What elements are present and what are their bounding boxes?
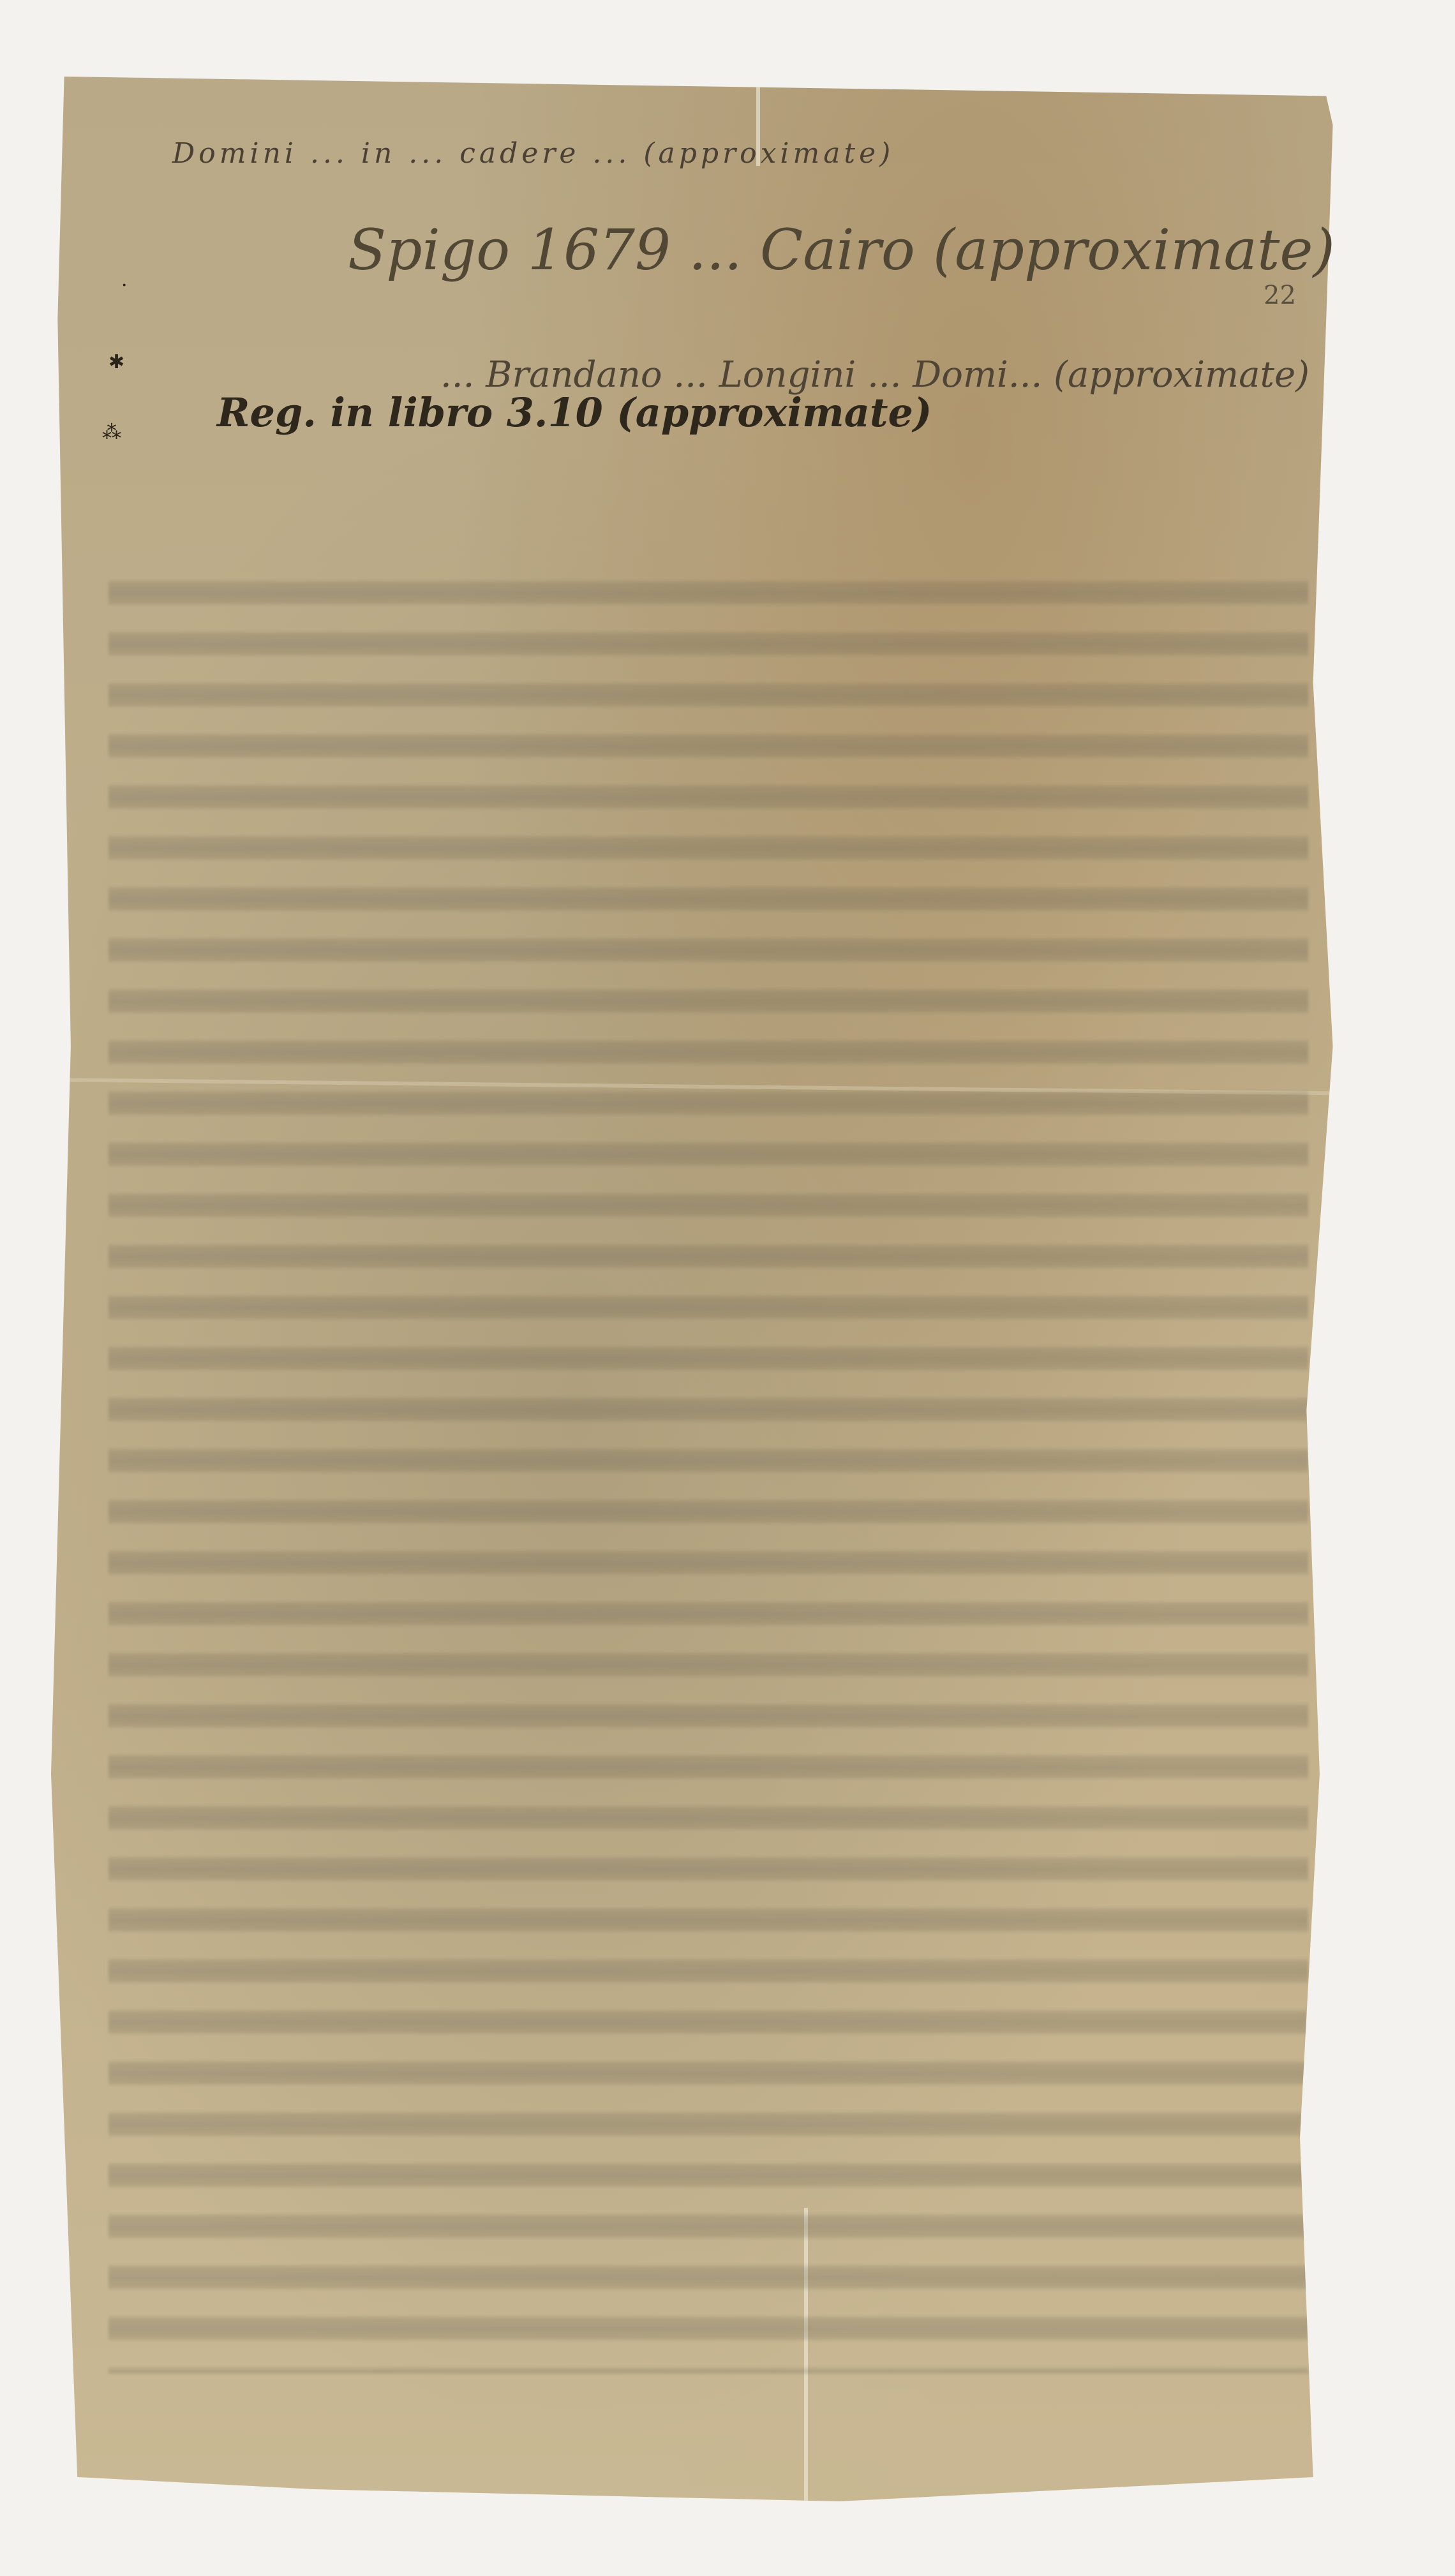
margin-mark: ⁂: [102, 421, 121, 443]
annotation-line-2: Spigo 1679 ... Cairo (approximate): [348, 217, 1335, 283]
page-number: 22: [1264, 281, 1296, 310]
annotation-line-4: Reg. in libro 3.10 (approximate): [217, 389, 932, 436]
annotation-line-1: Domini ... in ... cadere ... (approximat…: [172, 137, 894, 170]
margin-mark: ✱: [108, 351, 124, 373]
parchment-sheet: [51, 77, 1366, 2501]
margin-mark: ·: [121, 274, 128, 297]
faded-body-text: [108, 555, 1308, 2374]
